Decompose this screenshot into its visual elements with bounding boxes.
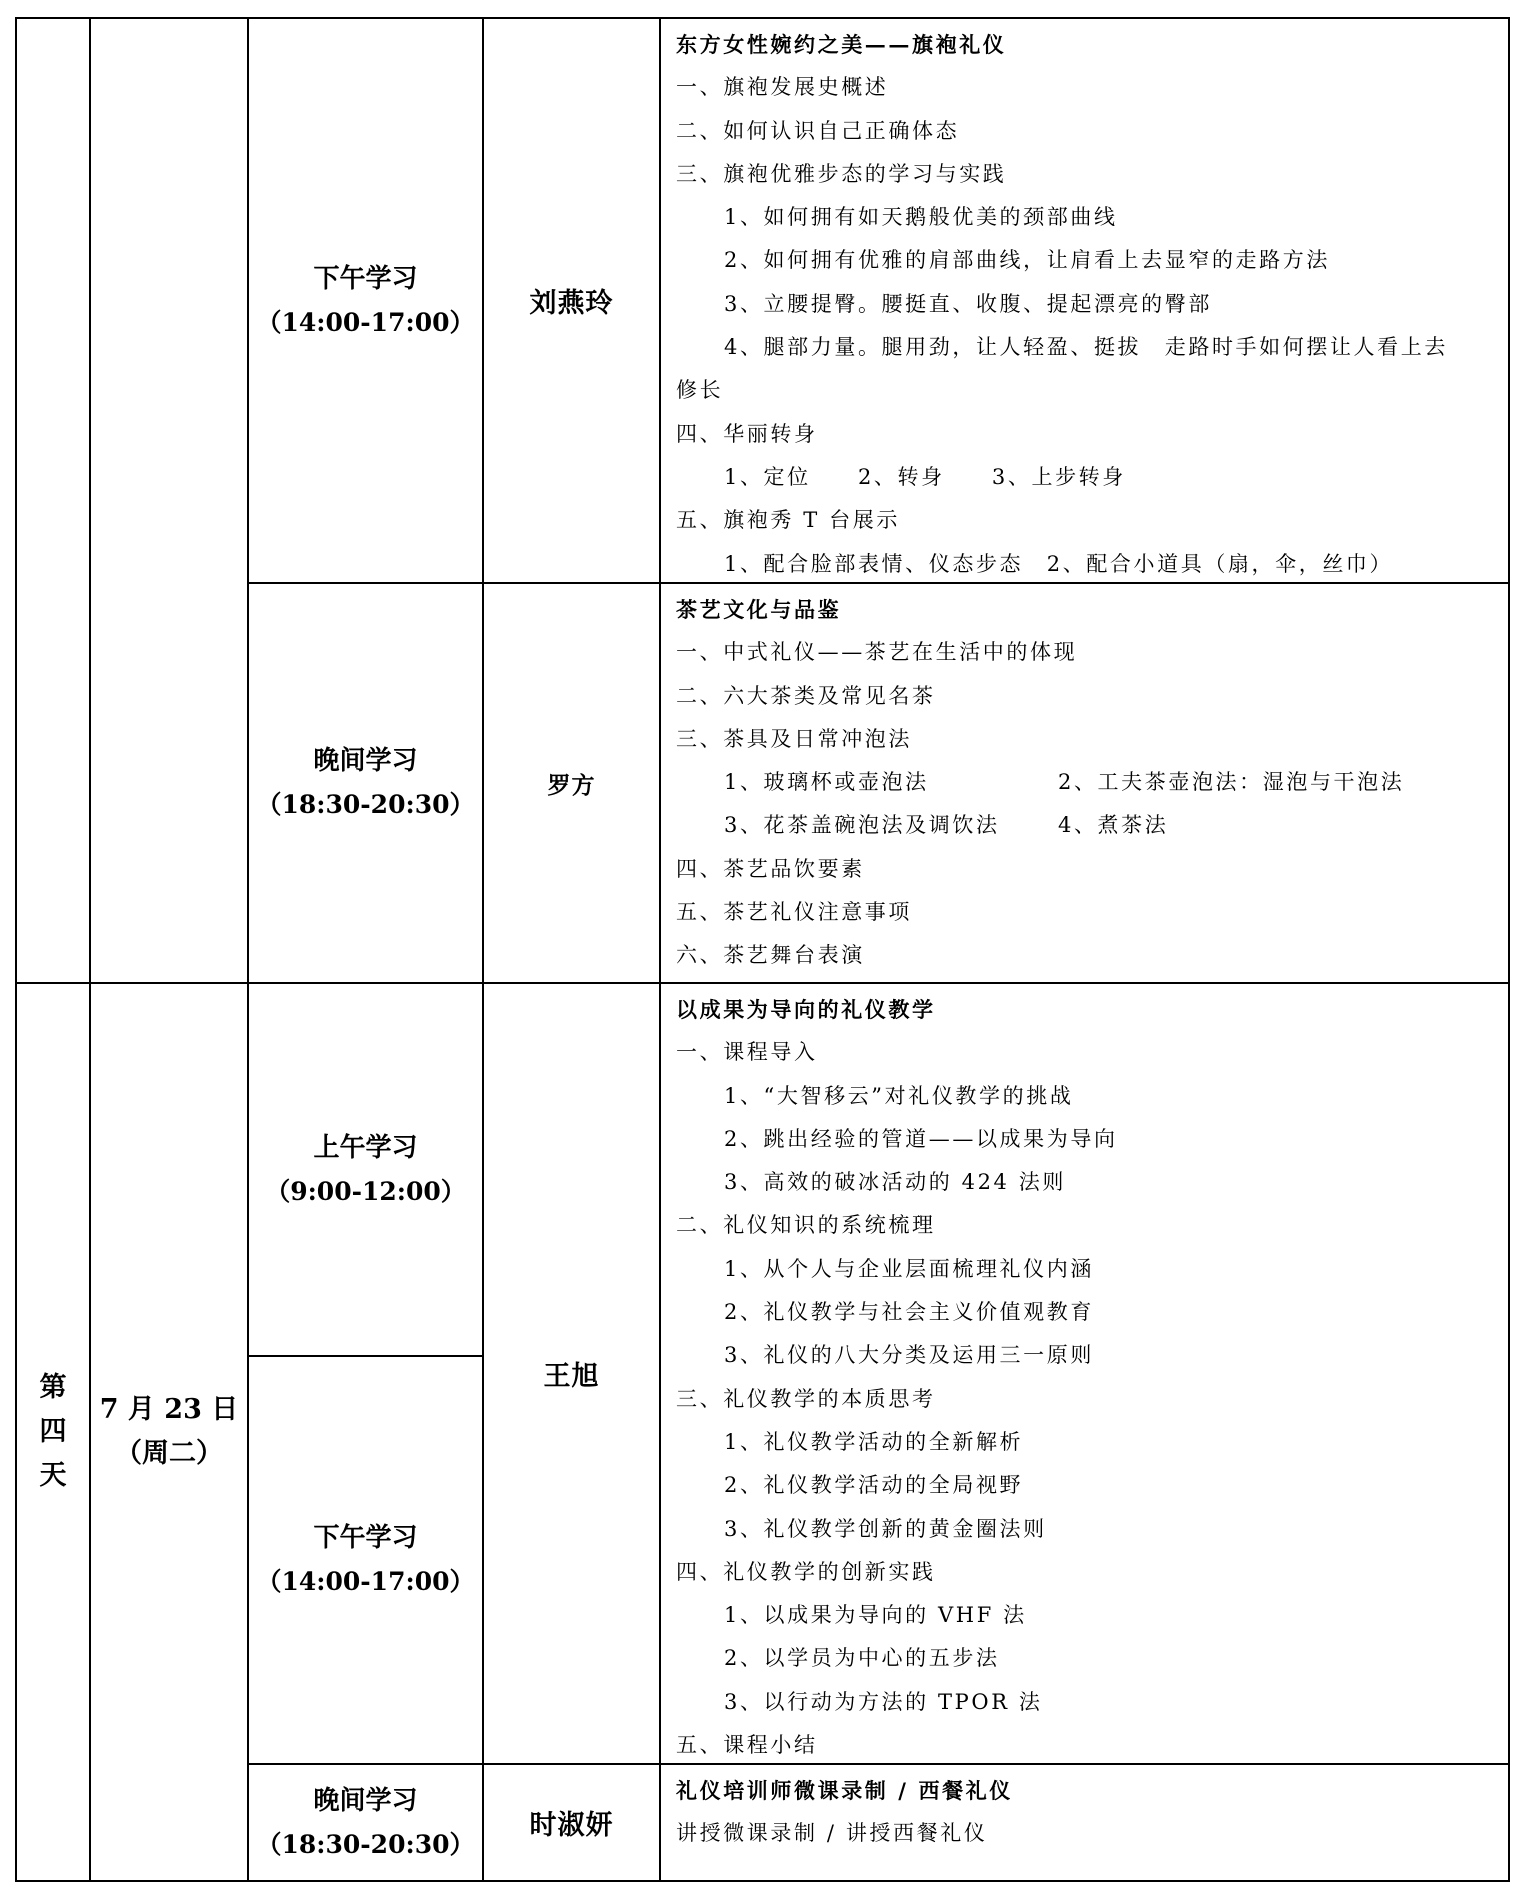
outline-subitem: 1、以成果为导向的 VHF 法 xyxy=(676,1594,1508,1637)
outline-subitem: 2、跳出经验的管道——以成果为导向 xyxy=(676,1118,1508,1161)
outline-item: 五、旗袍秀 T 台展示 xyxy=(676,499,1508,542)
outline-item: 三、旗袍优雅步态的学习与实践 xyxy=(676,153,1508,196)
session-time: （14:00-17:00） xyxy=(257,1560,475,1604)
outline-item: 一、中式礼仪——茶艺在生活中的体现 xyxy=(676,631,1508,674)
outline-item: 四、茶艺品饮要素 xyxy=(676,848,1508,891)
content-cell-day3-evening: 茶艺文化与品鉴 一、中式礼仪——茶艺在生活中的体现 二、六大茶类及常见名茶 三、… xyxy=(659,582,1510,984)
session-time: （18:30-20:30） xyxy=(257,1823,475,1867)
outline-subitem: 1、定位 2、转身 3、上步转身 xyxy=(676,456,1508,499)
teacher-cell-day3-afternoon: 刘燕玲 xyxy=(482,17,661,584)
outline-item: 二、如何认识自己正确体态 xyxy=(676,110,1508,153)
outline-item: 讲授微课录制 / 讲授西餐礼仪 xyxy=(676,1812,1508,1855)
outline-subitem: 2、以学员为中心的五步法 xyxy=(676,1637,1508,1680)
outline-subitem: 4、腿部力量。腿用劲，让人轻盈、挺拔 走路时手如何摆让人看上去 xyxy=(676,326,1508,369)
outline-item: 二、礼仪知识的系统梳理 xyxy=(676,1204,1508,1247)
schedule-table: 下午学习 （14:00-17:00） 刘燕玲 东方女性婉约之美——旗袍礼仪 一、… xyxy=(15,17,1510,1882)
outline-subitem-row: 1、玻璃杯或壶泡法 2、工夫茶壶泡法：湿泡与干泡法 xyxy=(676,761,1508,804)
session-cell-day3-evening: 晚间学习 （18:30-20:30） xyxy=(247,582,484,984)
outline-subitem: 3、礼仪的八大分类及运用三一原则 xyxy=(676,1334,1508,1377)
day-label-char: 四 xyxy=(40,1410,67,1454)
teacher-name: 罗方 xyxy=(548,767,596,800)
session-time: （18:30-20:30） xyxy=(257,783,475,827)
outline-item: 五、课程小结 xyxy=(676,1724,1508,1767)
outline-subitem-row: 3、花茶盖碗泡法及调饮法 4、煮茶法 xyxy=(676,804,1508,847)
outline-subitem: 2、礼仪教学活动的全局视野 xyxy=(676,1464,1508,1507)
course-title: 礼仪培训师微课录制 / 西餐礼仪 xyxy=(676,1769,1508,1812)
outline-subitem: 1、玻璃杯或壶泡法 xyxy=(724,761,1058,804)
outline-subitem: 3、立腰提臀。腰挺直、收腹、提起漂亮的臀部 xyxy=(676,283,1508,326)
session-cell-day4-morning: 上午学习 （9:00-12:00） xyxy=(247,982,484,1357)
date-cell-day4: 7 月 23 日 （周二） xyxy=(89,982,249,1882)
session-name: 上午学习 xyxy=(313,1126,417,1170)
teacher-name: 王旭 xyxy=(544,1354,600,1393)
session-name: 晚间学习 xyxy=(313,1779,417,1823)
content-cell-day4-evening: 礼仪培训师微课录制 / 西餐礼仪 讲授微课录制 / 讲授西餐礼仪 xyxy=(659,1763,1510,1882)
date-label: 7 月 23 日 xyxy=(100,1388,239,1432)
outline-subitem: 1、从个人与企业层面梳理礼仪内涵 xyxy=(676,1248,1508,1291)
course-title: 东方女性婉约之美——旗袍礼仪 xyxy=(676,23,1508,66)
outline-item: 一、旗袍发展史概述 xyxy=(676,66,1508,109)
outline-item: 一、课程导入 xyxy=(676,1031,1508,1074)
outline-item: 二、六大茶类及常见名茶 xyxy=(676,675,1508,718)
outline-subitem-wrap: 修长 xyxy=(676,369,1508,412)
outline-subitem: 2、工夫茶壶泡法：湿泡与干泡法 xyxy=(1058,761,1404,804)
course-title: 茶艺文化与品鉴 xyxy=(676,588,1508,631)
outline-item: 三、礼仪教学的本质思考 xyxy=(676,1378,1508,1421)
teacher-cell-day4: 王旭 xyxy=(482,982,661,1765)
day-cell-day3 xyxy=(15,17,91,984)
session-cell-day4-evening: 晚间学习 （18:30-20:30） xyxy=(247,1763,484,1882)
outline-subitem: 1、礼仪教学活动的全新解析 xyxy=(676,1421,1508,1464)
session-time: （9:00-12:00） xyxy=(265,1170,466,1214)
session-cell-day4-afternoon: 下午学习 （14:00-17:00） xyxy=(247,1355,484,1765)
outline-subitem: 1、“大智移云”对礼仪教学的挑战 xyxy=(676,1075,1508,1118)
outline-subitem: 1、如何拥有如天鹅般优美的颈部曲线 xyxy=(676,196,1508,239)
outline-subitem: 3、高效的破冰活动的 424 法则 xyxy=(676,1161,1508,1204)
outline-subitem: 3、花茶盖碗泡法及调饮法 xyxy=(724,804,1058,847)
session-time: （14:00-17:00） xyxy=(257,301,475,345)
day-label-char: 第 xyxy=(40,1366,67,1410)
outline-item: 五、茶艺礼仪注意事项 xyxy=(676,891,1508,934)
session-name: 下午学习 xyxy=(313,1516,417,1560)
teacher-cell-day3-evening: 罗方 xyxy=(482,582,661,984)
outline-item: 四、礼仪教学的创新实践 xyxy=(676,1551,1508,1594)
outline-subitem: 2、礼仪教学与社会主义价值观教育 xyxy=(676,1291,1508,1334)
teacher-cell-day4-evening: 时淑妍 xyxy=(482,1763,661,1882)
outline-subitem: 4、煮茶法 xyxy=(1058,804,1168,847)
session-name: 下午学习 xyxy=(313,257,417,301)
outline-subitem: 3、礼仪教学创新的黄金圈法则 xyxy=(676,1508,1508,1551)
outline-subitem: 1、配合脸部表情、仪态步态 2、配合小道具（扇，伞，丝巾） xyxy=(676,543,1508,586)
outline-item: 三、茶具及日常冲泡法 xyxy=(676,718,1508,761)
outline-item: 六、茶艺舞台表演 xyxy=(676,934,1508,977)
content-cell-day3-afternoon: 东方女性婉约之美——旗袍礼仪 一、旗袍发展史概述 二、如何认识自己正确体态 三、… xyxy=(659,17,1510,584)
session-cell-day3-afternoon: 下午学习 （14:00-17:00） xyxy=(247,17,484,584)
session-name: 晚间学习 xyxy=(313,739,417,783)
day-label-char: 天 xyxy=(40,1454,67,1498)
content-cell-day4: 以成果为导向的礼仪教学 一、课程导入 1、“大智移云”对礼仪教学的挑战 2、跳出… xyxy=(659,982,1510,1765)
outline-subitem: 2、如何拥有优雅的肩部曲线，让肩看上去显窄的走路方法 xyxy=(676,239,1508,282)
outline-subitem: 3、以行动为方法的 TPOR 法 xyxy=(676,1681,1508,1724)
weekday-label: （周二） xyxy=(115,1432,223,1476)
day-cell-day4: 第 四 天 xyxy=(15,982,91,1882)
teacher-name: 时淑妍 xyxy=(530,1803,614,1842)
course-title: 以成果为导向的礼仪教学 xyxy=(676,988,1508,1031)
teacher-name: 刘燕玲 xyxy=(530,281,614,320)
date-cell-day3 xyxy=(89,17,249,984)
outline-item: 四、华丽转身 xyxy=(676,413,1508,456)
